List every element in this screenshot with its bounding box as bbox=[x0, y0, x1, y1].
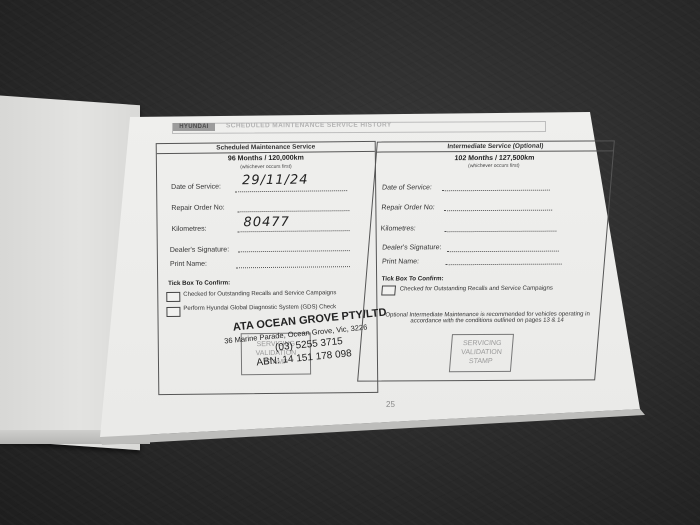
date-of-service-value[interactable]: 29/11/24 bbox=[242, 173, 309, 189]
tick-box-title: Tick Box To Confirm: bbox=[381, 275, 444, 282]
kilometres-label: Kilometres: bbox=[380, 225, 416, 232]
date-of-service-label: Date of Service: bbox=[171, 183, 221, 191]
repair-order-line[interactable] bbox=[444, 210, 552, 212]
date-of-service-label: Date of Service: bbox=[382, 184, 432, 191]
panel-heading: Intermediate Service (Optional) bbox=[377, 141, 614, 152]
stamp-line-3: STAMP bbox=[450, 357, 511, 366]
gds-checkbox[interactable] bbox=[166, 307, 180, 317]
dealer-signature-label: Dealer's Signature: bbox=[170, 246, 229, 254]
stamp-line-2: VALIDATION bbox=[451, 348, 512, 357]
recalls-checkbox[interactable] bbox=[381, 285, 396, 295]
intermediate-note: Optional Intermediate Maintenance is rec… bbox=[377, 311, 598, 324]
service-interval: 96 Months / 120,000km bbox=[157, 154, 375, 163]
print-name-label: Print Name: bbox=[170, 261, 207, 268]
print-name-label: Print Name: bbox=[382, 258, 420, 265]
gds-check-label: Perform Hyundai Global Diagnostic System… bbox=[183, 304, 336, 312]
scheduled-service-panel: Scheduled Maintenance Service 96 Months … bbox=[156, 141, 379, 395]
repair-order-label: Repair Order No: bbox=[171, 204, 224, 212]
recalls-checkbox[interactable] bbox=[166, 292, 180, 302]
interval-note: (whichever occurs first) bbox=[157, 163, 375, 171]
recalls-check-label: Checked for Outstanding Recalls and Serv… bbox=[183, 290, 336, 298]
panel-heading: Scheduled Maintenance Service bbox=[157, 142, 375, 154]
dealer-signature-line[interactable] bbox=[238, 250, 350, 252]
kilometres-value[interactable]: 80477 bbox=[243, 215, 290, 230]
dealer-signature-line[interactable] bbox=[447, 251, 559, 253]
page-number: 25 bbox=[386, 400, 395, 409]
brand-label: HYUNDAI bbox=[173, 123, 215, 131]
tick-box-title: Tick Box To Confirm: bbox=[168, 279, 230, 287]
repair-order-label: Repair Order No: bbox=[381, 204, 435, 211]
date-of-service-line[interactable] bbox=[235, 190, 347, 192]
stamp-line-1: SERVICING bbox=[452, 339, 513, 348]
intermediate-service-panel: Intermediate Service (Optional) 102 Mont… bbox=[357, 140, 615, 381]
service-history-page: HYUNDAI SCHEDULED MAINTENANCE SERVICE HI… bbox=[0, 0, 700, 525]
interval-note: (whichever occurs first) bbox=[376, 162, 612, 169]
kilometres-line[interactable] bbox=[238, 230, 350, 232]
section-title: SCHEDULED MAINTENANCE SERVICE HISTORY bbox=[226, 122, 392, 130]
repair-order-line[interactable] bbox=[237, 210, 349, 212]
print-name-line[interactable] bbox=[236, 266, 350, 268]
kilometres-label: Kilometres: bbox=[172, 226, 207, 233]
service-interval: 102 Months / 127,500km bbox=[376, 154, 613, 162]
print-name-line[interactable] bbox=[446, 264, 562, 266]
dealer-signature-label: Dealer's Signature: bbox=[382, 244, 442, 251]
validation-stamp-box: SERVICING VALIDATION STAMP bbox=[449, 334, 514, 372]
recalls-check-label: Checked for Outstanding Recalls and Serv… bbox=[399, 286, 553, 293]
kilometres-line[interactable] bbox=[444, 231, 556, 233]
date-of-service-line[interactable] bbox=[442, 190, 550, 192]
